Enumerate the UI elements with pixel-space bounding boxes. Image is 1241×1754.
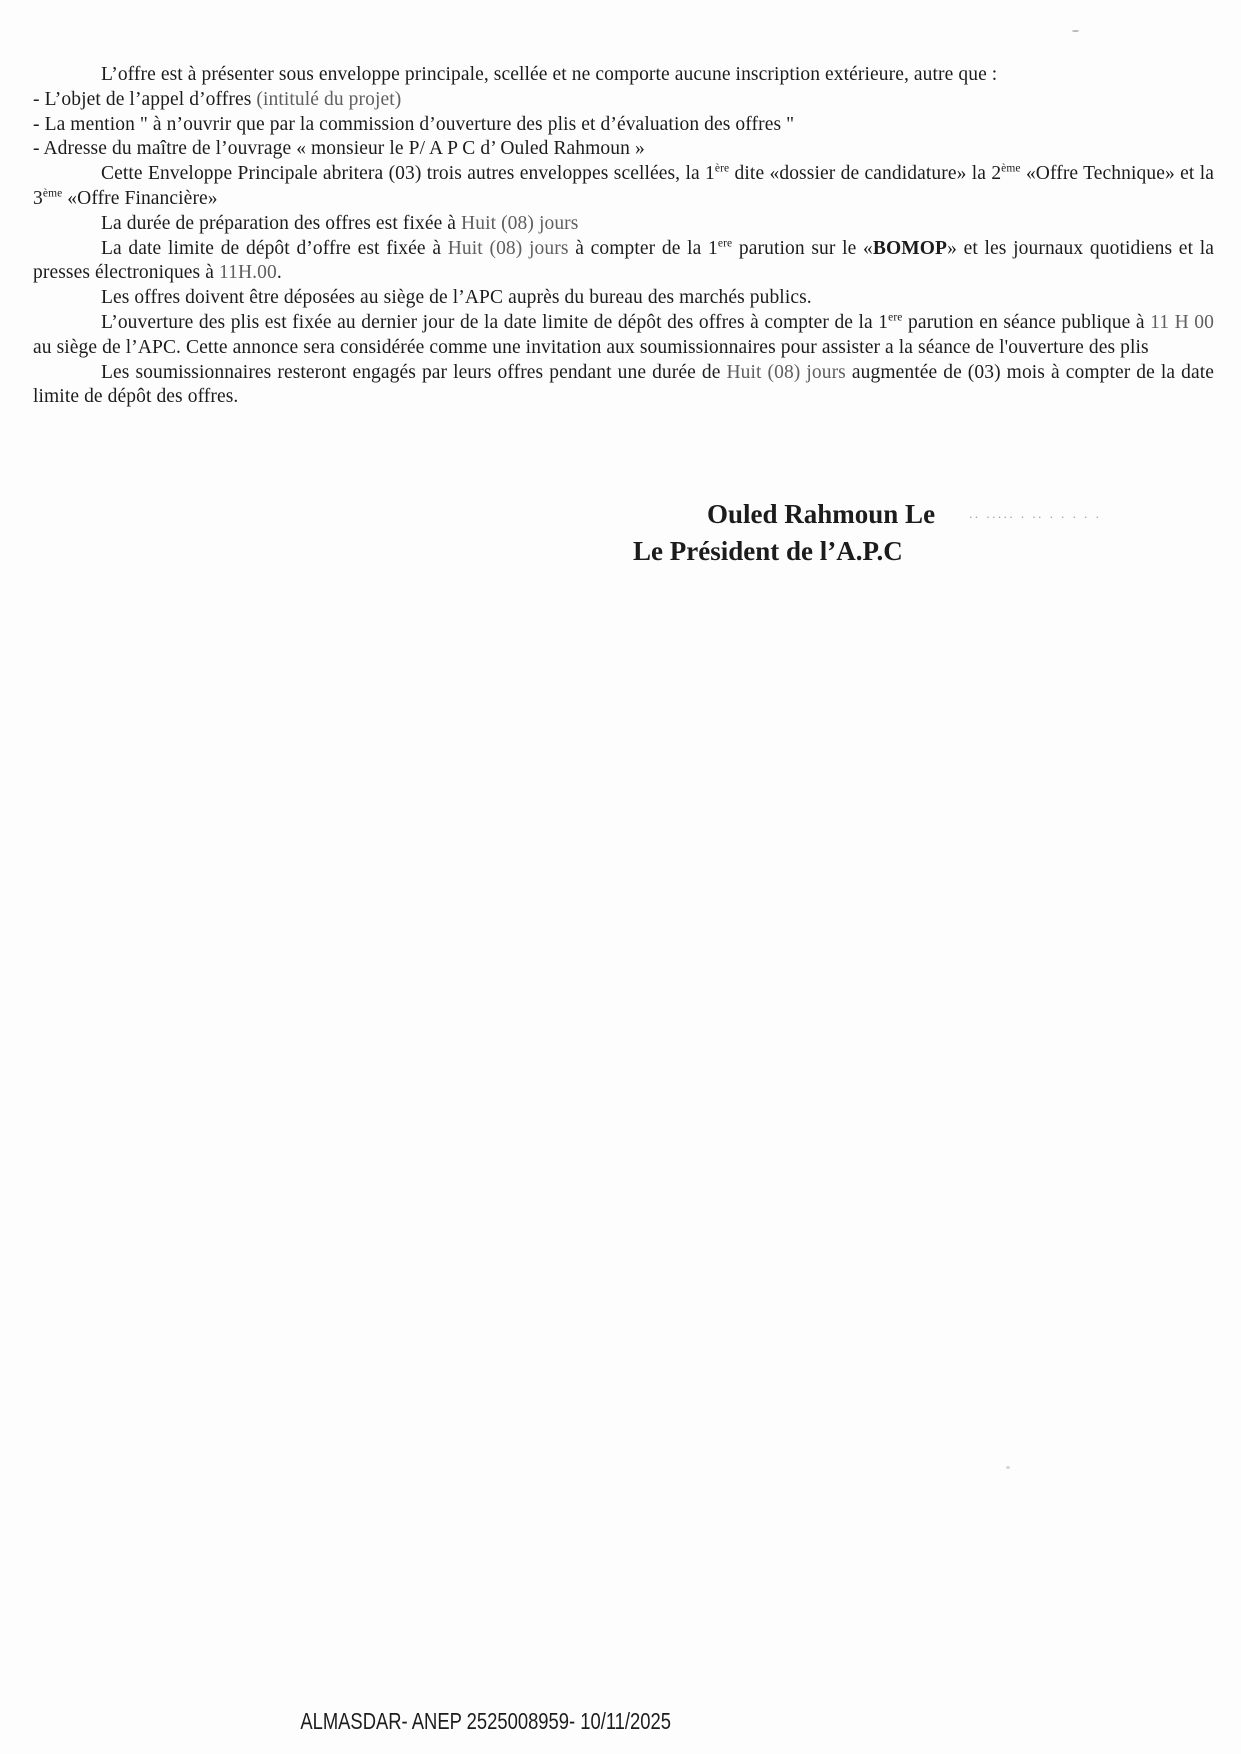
paragraph: Les soumissionnaires resteront engagés p… [33,361,1214,411]
text-segment: La date limite de dépôt d’offre est fixé… [101,238,448,259]
text-segment: ème [43,187,62,199]
signature-place-text: Ouled Rahmoun Le [707,499,935,529]
text-segment: - La mention " à n’ouvrir que par la com… [33,114,794,135]
text-segment: La durée de préparation des offres est f… [101,213,461,234]
text-segment: ere [718,237,732,249]
paragraph: La durée de préparation des offres est f… [33,212,1214,237]
text-segment: 11H.00 [219,262,277,283]
text-segment: - Adresse du maître de l’ouvrage « monsi… [33,138,645,159]
paragraph: Cette Enveloppe Principale abritera (03)… [33,162,1214,212]
signature-date-dots: .. ..... . .. . . . . . [969,497,1101,530]
text-segment: ème [1001,163,1020,175]
footer-anep-line: ALMASDAR- ANEP 2525008959- 10/11/2025 [0,1708,972,1735]
scan-artifact [1072,30,1079,32]
paragraph: L’offre est à présenter sous enveloppe p… [33,63,1214,88]
text-segment: parution sur le « [732,238,873,259]
text-segment: 11 H 00 [1150,312,1214,333]
text-segment: «Offre Financière» [62,188,217,209]
text-segment: L’ouverture des plis est fixée au dernie… [101,312,888,333]
text-segment: dite «dossier de candidature» la 2 [729,163,1001,184]
paragraph: L’ouverture des plis est fixée au dernie… [33,311,1214,361]
text-segment: Cette Enveloppe Principale abritera (03)… [101,163,715,184]
text-segment: parution en séance publique à [903,312,1151,333]
text-segment: Huit (08) jours [448,238,569,259]
text-segment: BOMOP [873,238,947,259]
text-segment: L’offre est à présenter sous enveloppe p… [101,64,997,85]
text-segment: ere [888,311,902,323]
text-segment: Huit (08) jours [726,362,845,383]
paragraph: - Adresse du maître de l’ouvrage « monsi… [33,137,1214,162]
paragraph: Les offres doivent être déposées au sièg… [33,286,1214,311]
signature-title-line: Le Président de l’A.P.C [633,535,1101,568]
text-segment: Les offres doivent être déposées au sièg… [101,287,812,308]
scanned-document-page: L’offre est à présenter sous enveloppe p… [0,0,1241,1754]
text-segment: au siège de l’APC. Cette annonce sera co… [33,337,1149,358]
text-segment: Les soumissionnaires resteront engagés p… [101,362,726,383]
paragraph: - L’objet de l’appel d’offres (intitulé … [33,88,1214,113]
signature-block: Ouled Rahmoun Le.. ..... . .. . . . . . … [633,498,1101,568]
paragraph: - La mention " à n’ouvrir que par la com… [33,113,1214,138]
document-body: L’offre est à présenter sous enveloppe p… [33,63,1214,410]
text-segment: . [277,262,282,283]
text-segment: à compter de la 1 [569,238,718,259]
text-segment: (intitulé du projet) [256,89,401,110]
text-segment: Huit (08) jours [461,213,578,234]
signature-place-line: Ouled Rahmoun Le.. ..... . .. . . . . . [633,498,1101,535]
text-segment: - L’objet de l’appel d’offres [33,89,256,110]
paragraph: La date limite de dépôt d’offre est fixé… [33,237,1214,287]
footer-text: ALMASDAR- ANEP 2525008959- 10/11/2025 [301,1708,672,1735]
scan-artifact [1006,1466,1010,1469]
text-segment: ère [715,163,729,175]
